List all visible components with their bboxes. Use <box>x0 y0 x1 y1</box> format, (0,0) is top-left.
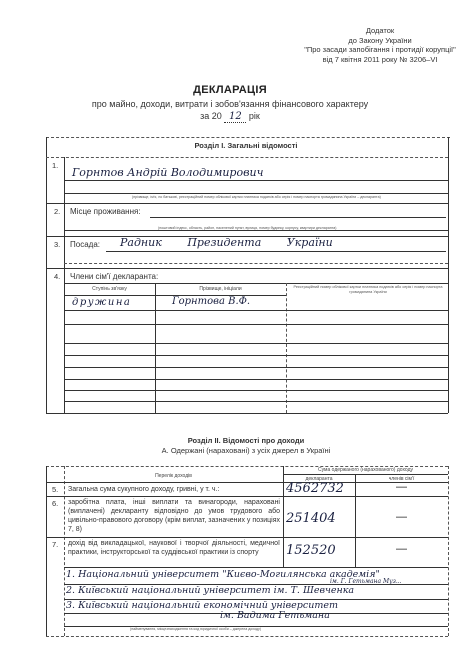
number-column-line <box>64 466 65 636</box>
frame-right <box>448 466 449 636</box>
row-3-number: 3. <box>54 240 60 249</box>
row-2-number: 2. <box>54 207 60 216</box>
frame-bottom <box>46 413 448 414</box>
annex-line-3: "Про засади запобігання і протидії коруп… <box>300 45 460 55</box>
family-col-name: Прізвище, ініціали <box>155 286 286 292</box>
divider <box>64 355 448 356</box>
col-amount-group: Сума одержаного (нарахованого) доходу <box>283 467 448 473</box>
divider <box>46 203 448 204</box>
annex-line-4: від 7 квітня 2011 року № 3206–VI <box>300 55 460 65</box>
position-label: Посада: <box>70 240 100 249</box>
divider <box>106 251 446 252</box>
family-col-relation: Ступінь зв'язку <box>64 286 155 292</box>
row-4-number: 4. <box>54 272 60 281</box>
family-relation-1: дружина <box>72 297 131 308</box>
section-2-title: Розділ ІІ. Відомості про доходи <box>46 436 446 445</box>
divider <box>64 283 448 284</box>
family-col-line <box>155 283 156 413</box>
divider <box>283 474 448 475</box>
annex-block: Додаток до Закону України "Про засади за… <box>300 26 460 64</box>
income-row-7-family: — <box>355 543 448 555</box>
section-1-title: Розділ І. Загальні відомості <box>46 141 446 150</box>
income-row-6-declarant: 251404 <box>286 511 354 526</box>
divider <box>64 193 448 194</box>
divider <box>46 137 450 138</box>
number-column-line <box>64 157 65 413</box>
frame-right <box>448 137 449 413</box>
income-row-6-number: 6. <box>52 499 58 508</box>
frame-left <box>46 466 47 636</box>
annex-line-2: до Закону України <box>300 36 460 46</box>
family-name-1: Горнтова В.Ф. <box>172 296 250 307</box>
income-source-2: 2. Київський національний університет ім… <box>66 585 354 596</box>
divider <box>46 537 448 538</box>
divider <box>64 401 448 402</box>
divider <box>64 230 448 231</box>
divider <box>64 567 448 568</box>
declarant-name: Горнтов Андрій Володимирович <box>72 166 263 179</box>
divider <box>64 180 448 181</box>
income-row-5-declarant: 4562732 <box>286 481 354 496</box>
income-row-6-family: — <box>355 511 448 523</box>
family-col-line <box>286 283 287 413</box>
divider <box>64 343 448 344</box>
family-col-id: Реєстраційний номер облікової картки пла… <box>290 285 446 295</box>
income-row-7-declarant: 152520 <box>286 543 354 558</box>
divider <box>64 367 448 368</box>
year-value: 12 <box>224 111 246 123</box>
family-label: Члени сім'ї декларанта: <box>70 272 158 281</box>
divider <box>150 217 446 218</box>
income-row-5-number: 5. <box>52 485 58 494</box>
residence-field <box>150 206 445 217</box>
income-source-3-cont: ім. Вадима Гетьмана <box>220 610 330 621</box>
section-2-subtitle: А. Одержані (нараховані) з усіх джерел в… <box>46 446 446 455</box>
document-title: ДЕКЛАРАЦІЯ <box>0 84 460 96</box>
year-prefix: за 20 <box>200 111 222 121</box>
annex-line-1: Додаток <box>300 26 460 36</box>
income-row-6-text: заробітна плата, інші виплати та винагор… <box>68 498 280 534</box>
frame-left <box>46 137 47 413</box>
row-1-hint: (прізвище, ім'я, по батькові, реєстрацій… <box>132 195 381 199</box>
year-suffix: рік <box>249 111 260 121</box>
divider <box>64 390 448 391</box>
residence-label: Місце проживання: <box>70 207 141 216</box>
income-row-5-family: — <box>355 481 448 493</box>
income-row-5-text: Загальна сума сукупного доходу, гривні, … <box>68 485 280 494</box>
divider <box>46 268 448 269</box>
row-1-number: 1. <box>52 161 58 170</box>
divider <box>46 157 448 158</box>
divider <box>64 263 448 264</box>
income-row-7-text: дохід від викладацької, наукової і творч… <box>68 539 280 557</box>
income-row-7-number: 7. <box>52 540 58 549</box>
frame-bottom <box>46 636 448 637</box>
declaration-year: за 20 12 рік <box>0 111 460 123</box>
sources-hint: (найменування, місцезнаходження та код ю… <box>130 627 261 631</box>
divider <box>46 496 448 497</box>
document-subtitle: про майно, доходи, витрати і зобов'язанн… <box>0 99 460 109</box>
divider <box>64 310 448 311</box>
position-value: Радник Президента України <box>120 236 333 249</box>
row-2-hint: (поштовий індекс, область, район, населе… <box>158 226 337 230</box>
divider <box>64 324 448 325</box>
col-income-list: Перелік доходів <box>64 473 283 479</box>
divider <box>64 379 448 380</box>
